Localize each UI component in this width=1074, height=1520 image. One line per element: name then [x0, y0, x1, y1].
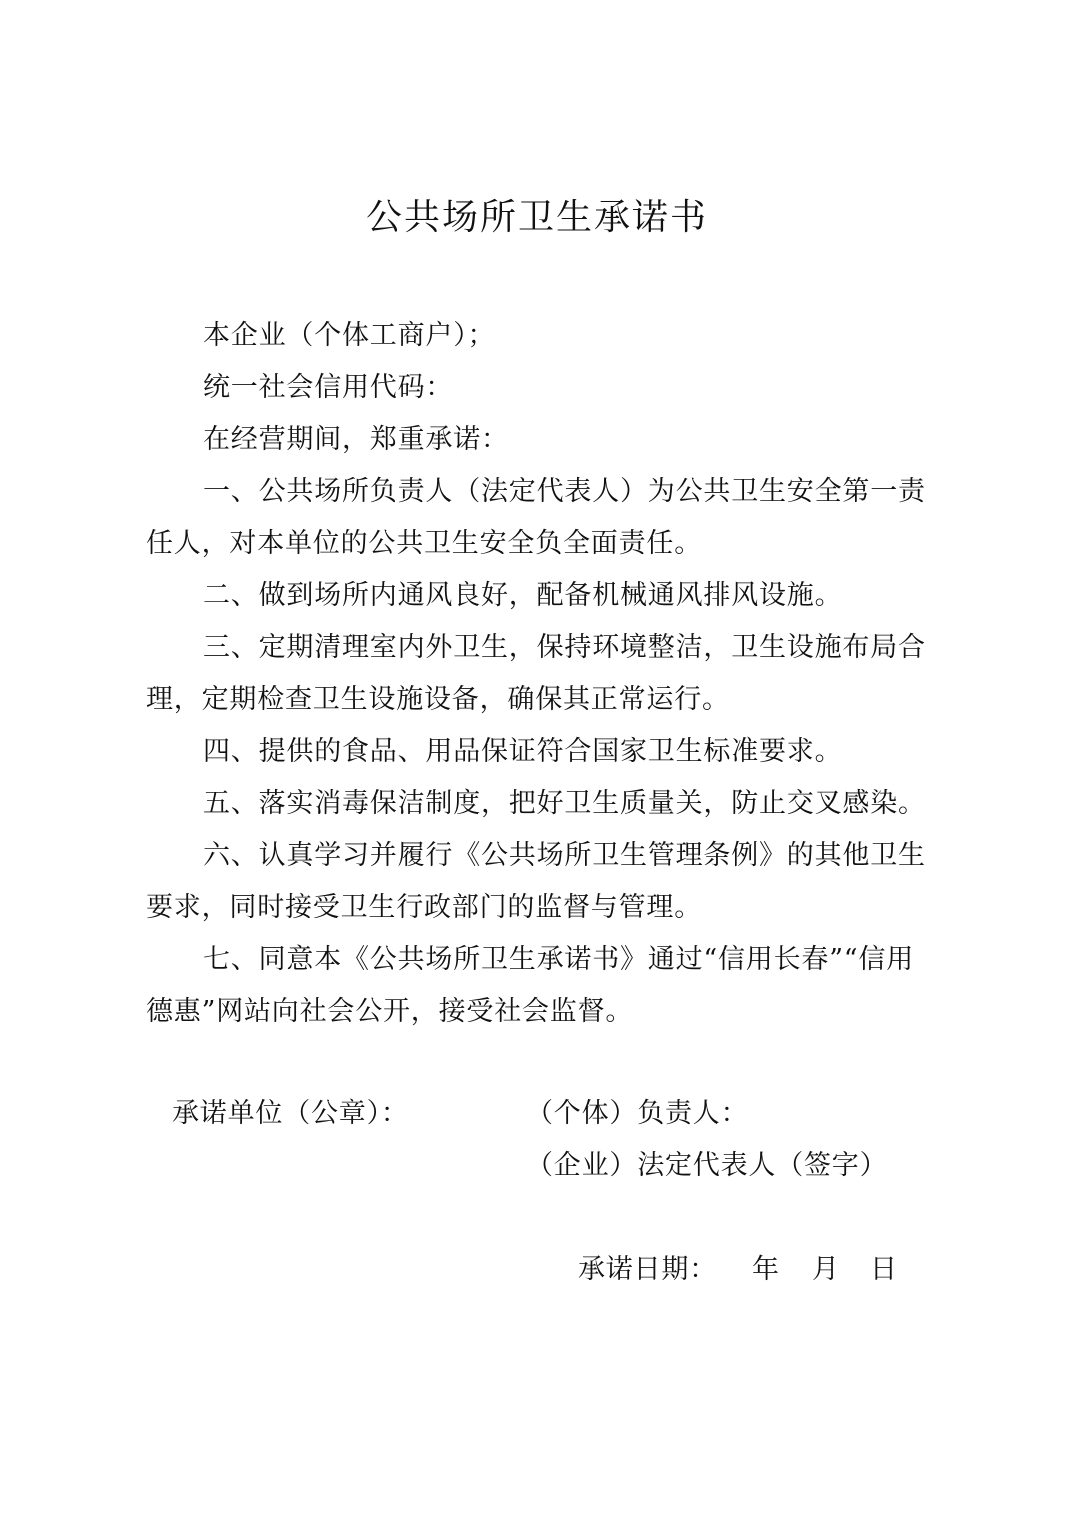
- date-year: 年: [752, 1250, 780, 1290]
- clause-1-line-1: 一、公共场所负责人（法定代表人）为公共卫生安全第一责: [203, 472, 926, 512]
- clause-6-line-1: 六、认真学习并履行《公共场所卫生管理条例》的其他卫生: [203, 836, 926, 876]
- legal-representative-label: （企业）法定代表人（签字）: [526, 1146, 887, 1186]
- document-title: 公共场所卫生承诺书: [0, 192, 1074, 244]
- date-month: 月: [812, 1250, 840, 1290]
- clause-5: 五、落实消毒保洁制度，把好卫生质量关，防止交叉感染。: [203, 784, 926, 824]
- unit-seal-label: 承诺单位（公章）：: [172, 1094, 409, 1134]
- individual-responsible-label: （个体）负责人：: [526, 1094, 748, 1134]
- clause-3-line-1: 三、定期清理室内外卫生，保持环境整洁，卫生设施布局合: [203, 628, 926, 668]
- date-day: 日: [870, 1250, 898, 1290]
- clause-1-line-2: 任人，对本单位的公共卫生安全负全面责任。: [146, 524, 702, 564]
- promise-intro: 在经营期间，郑重承诺：: [203, 420, 509, 460]
- date-label: 承诺日期：: [578, 1250, 717, 1290]
- credit-code-line: 统一社会信用代码：: [203, 368, 453, 408]
- clause-2: 二、做到场所内通风良好，配备机械通风排风设施。: [203, 576, 842, 616]
- clause-7-line-2: 德惠”网站向社会公开，接受社会监督。: [146, 992, 633, 1032]
- clause-7-line-1: 七、同意本《公共场所卫生承诺书》通过“信用长春”“信用: [203, 940, 914, 980]
- clause-4: 四、提供的食品、用品保证符合国家卫生标准要求。: [203, 732, 842, 772]
- enterprise-line: 本企业（个体工商户）；: [203, 316, 495, 356]
- clause-6-line-2: 要求，同时接受卫生行政部门的监督与管理。: [146, 888, 702, 928]
- clause-3-line-2: 理，定期检查卫生设施设备，确保其正常运行。: [146, 680, 730, 720]
